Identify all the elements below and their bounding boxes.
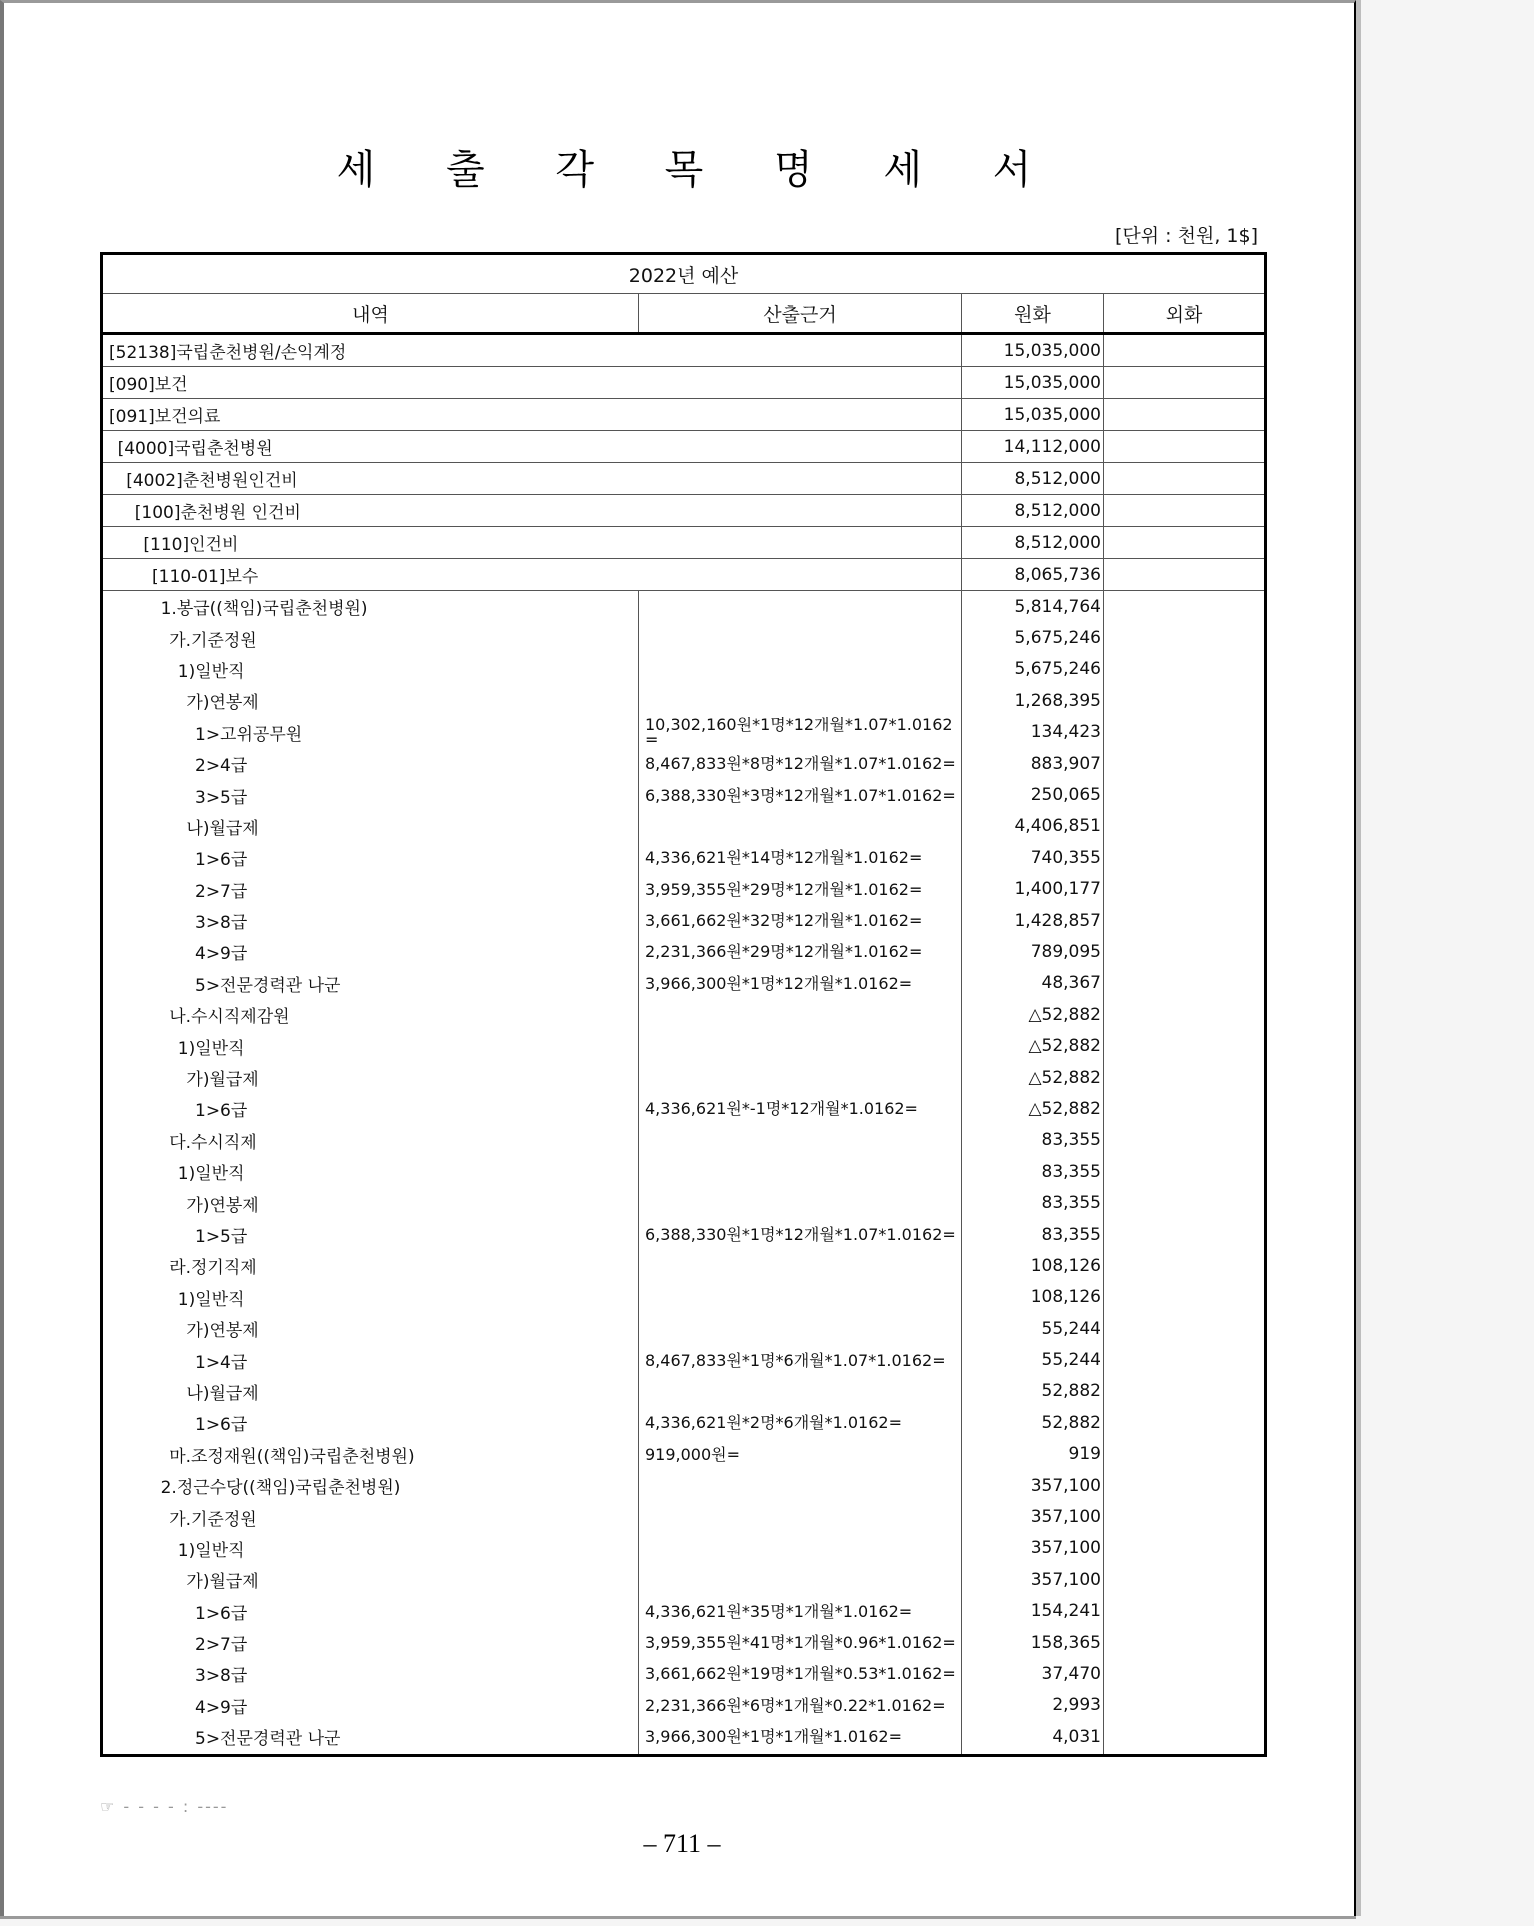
row-amount-krw: 15,035,000: [962, 399, 1104, 431]
row-amount-foreign: [1104, 685, 1266, 716]
detail-row: 4>9급2,231,366원*6명*1개월*0.22*1.0162=2,993: [102, 1690, 1266, 1721]
row-calculation-basis: 2,231,366원*6명*1개월*0.22*1.0162=: [639, 1690, 962, 1721]
detail-row: 4>9급2,231,366원*29명*12개월*1.0162=789,095: [102, 936, 1266, 967]
row-label: 1>6급: [102, 1093, 639, 1124]
row-amount-krw: 789,095: [962, 936, 1104, 967]
row-calculation-basis: 3,661,662원*32명*12개월*1.0162=: [639, 905, 962, 936]
title-char: 출: [443, 138, 487, 195]
detail-row: 가)월급제△52,882: [102, 1062, 1266, 1093]
row-amount-krw: △52,882: [962, 1062, 1104, 1093]
row-amount-foreign: [1104, 999, 1266, 1030]
row-amount-krw: 55,244: [962, 1344, 1104, 1375]
row-amount-krw: 158,365: [962, 1627, 1104, 1658]
row-label: 1>4급: [102, 1344, 639, 1375]
row-calculation-basis: [639, 1533, 962, 1564]
row-amount-foreign: [1104, 431, 1266, 463]
unit-label: [단위 : 천원, 1$]: [1115, 221, 1258, 248]
column-header-basis: 산출근거: [639, 294, 962, 334]
detail-row: 1>6급4,336,621원*14명*12개월*1.0162=740,355: [102, 842, 1266, 873]
document-title: 세출각목명세서: [334, 141, 1034, 191]
row-label: 1>6급: [102, 842, 639, 873]
row-amount-krw: 83,355: [962, 1125, 1104, 1156]
title-char: 각: [553, 138, 597, 195]
row-amount-foreign: [1104, 1093, 1266, 1124]
row-amount-krw: 37,470: [962, 1658, 1104, 1689]
detail-row: 1)일반직108,126: [102, 1282, 1266, 1313]
detail-row: 1)일반직△52,882: [102, 1030, 1266, 1061]
summary-row: [110]인건비8,512,000: [102, 527, 1266, 559]
row-amount-foreign: [1104, 1501, 1266, 1532]
detail-row: 1.봉급((책임)국립춘천병원)5,814,764: [102, 591, 1266, 623]
row-amount-krw: △52,882: [962, 1030, 1104, 1061]
row-amount-krw: 108,126: [962, 1250, 1104, 1281]
row-label: [100]춘천병원 인건비: [102, 495, 962, 527]
row-amount-foreign: [1104, 1533, 1266, 1564]
row-amount-foreign: [1104, 1030, 1266, 1061]
row-label: 1.봉급((책임)국립춘천병원): [102, 591, 639, 623]
row-label: 마.조정재원((책임)국립춘천병원): [102, 1439, 639, 1470]
row-amount-krw: 8,512,000: [962, 495, 1104, 527]
header-row-year: 2022년 예산: [102, 254, 1266, 294]
row-amount-foreign: [1104, 495, 1266, 527]
row-calculation-basis: [639, 1376, 962, 1407]
row-label: 3>8급: [102, 1658, 639, 1689]
row-calculation-basis: [639, 1470, 962, 1501]
summary-row: [4000]국립춘천병원14,112,000: [102, 431, 1266, 463]
row-calculation-basis: [639, 1282, 962, 1313]
row-label: 1)일반직: [102, 1282, 639, 1313]
detail-row: 나)월급제4,406,851: [102, 811, 1266, 842]
row-amount-krw: 5,675,246: [962, 654, 1104, 685]
row-amount-foreign: [1104, 1439, 1266, 1470]
row-amount-krw: 55,244: [962, 1313, 1104, 1344]
row-amount-foreign: [1104, 811, 1266, 842]
row-label: 가)월급제: [102, 1062, 639, 1093]
row-amount-foreign: [1104, 654, 1266, 685]
row-calculation-basis: 919,000원=: [639, 1439, 962, 1470]
detail-row: 2>7급3,959,355원*29명*12개월*1.0162=1,400,177: [102, 874, 1266, 905]
detail-row: 2>7급3,959,355원*41명*1개월*0.96*1.0162=158,3…: [102, 1627, 1266, 1658]
row-amount-foreign: [1104, 1564, 1266, 1595]
row-amount-foreign: [1104, 1344, 1266, 1375]
row-amount-foreign: [1104, 968, 1266, 999]
detail-row: 나)월급제52,882: [102, 1376, 1266, 1407]
row-amount-krw: 8,512,000: [962, 527, 1104, 559]
row-amount-foreign: [1104, 1187, 1266, 1218]
row-amount-krw: 5,814,764: [962, 591, 1104, 623]
row-amount-foreign: [1104, 334, 1266, 367]
row-calculation-basis: 3,959,355원*29명*12개월*1.0162=: [639, 874, 962, 905]
row-amount-foreign: [1104, 1658, 1266, 1689]
row-amount-foreign: [1104, 591, 1266, 623]
row-label: [4000]국립춘천병원: [102, 431, 962, 463]
row-amount-krw: 883,907: [962, 748, 1104, 779]
row-calculation-basis: [639, 654, 962, 685]
detail-row: 3>8급3,661,662원*19명*1개월*0.53*1.0162=37,47…: [102, 1658, 1266, 1689]
detail-row: 5>전문경력관 나군3,966,300원*1명*12개월*1.0162=48,3…: [102, 968, 1266, 999]
row-amount-foreign: [1104, 1376, 1266, 1407]
row-calculation-basis: [639, 622, 962, 653]
detail-row: 3>8급3,661,662원*32명*12개월*1.0162=1,428,857: [102, 905, 1266, 936]
detail-row: 2>4급8,467,833원*8명*12개월*1.07*1.0162=883,9…: [102, 748, 1266, 779]
detail-row: 1>4급8,467,833원*1명*6개월*1.07*1.0162=55,244: [102, 1344, 1266, 1375]
detail-row: 가)연봉제1,268,395: [102, 685, 1266, 716]
row-amount-krw: 83,355: [962, 1219, 1104, 1250]
row-amount-krw: 83,355: [962, 1187, 1104, 1218]
row-calculation-basis: [639, 1501, 962, 1532]
header-row-columns: 내역 산출근거 원화 외화: [102, 294, 1266, 334]
detail-row: 다.수시직제83,355: [102, 1125, 1266, 1156]
detail-row: 나.수시직제감원△52,882: [102, 999, 1266, 1030]
row-label: 4>9급: [102, 1690, 639, 1721]
row-amount-krw: 154,241: [962, 1596, 1104, 1627]
row-amount-foreign: [1104, 1125, 1266, 1156]
row-label: 5>전문경력관 나군: [102, 1721, 639, 1756]
row-amount-krw: 357,100: [962, 1533, 1104, 1564]
summary-row: [4002]춘천병원인건비8,512,000: [102, 463, 1266, 495]
summary-row: [091]보건의료15,035,000: [102, 399, 1266, 431]
row-label: 나)월급제: [102, 1376, 639, 1407]
row-calculation-basis: [639, 1125, 962, 1156]
detail-row: 가)월급제357,100: [102, 1564, 1266, 1595]
column-header-krw: 원화: [962, 294, 1104, 334]
row-calculation-basis: 4,336,621원*35명*1개월*1.0162=: [639, 1596, 962, 1627]
row-calculation-basis: [639, 1062, 962, 1093]
row-calculation-basis: [639, 1313, 962, 1344]
detail-row: 1)일반직5,675,246: [102, 654, 1266, 685]
row-amount-krw: 15,035,000: [962, 334, 1104, 367]
title-char: 세: [334, 138, 378, 195]
row-label: 가)연봉제: [102, 1313, 639, 1344]
row-amount-krw: △52,882: [962, 999, 1104, 1030]
detail-row: 가.기준정원5,675,246: [102, 622, 1266, 653]
row-amount-krw: 357,100: [962, 1470, 1104, 1501]
row-label: 나)월급제: [102, 811, 639, 842]
row-amount-foreign: [1104, 1219, 1266, 1250]
row-calculation-basis: 4,336,621원*14명*12개월*1.0162=: [639, 842, 962, 873]
column-header-foreign: 외화: [1104, 294, 1266, 334]
title-char: 서: [990, 138, 1034, 195]
row-label: 가.기준정원: [102, 622, 639, 653]
detail-row: 가.기준정원357,100: [102, 1501, 1266, 1532]
row-label: 5>전문경력관 나군: [102, 968, 639, 999]
row-label: 다.수시직제: [102, 1125, 639, 1156]
row-calculation-basis: 8,467,833원*1명*6개월*1.07*1.0162=: [639, 1344, 962, 1375]
row-amount-foreign: [1104, 779, 1266, 810]
row-amount-foreign: [1104, 1156, 1266, 1187]
row-amount-foreign: [1104, 842, 1266, 873]
row-amount-foreign: [1104, 1407, 1266, 1438]
row-amount-krw: 52,882: [962, 1376, 1104, 1407]
detail-row: 3>5급6,388,330원*3명*12개월*1.07*1.0162=250,0…: [102, 779, 1266, 810]
column-header-description: 내역: [102, 294, 639, 334]
row-amount-krw: 14,112,000: [962, 431, 1104, 463]
row-amount-krw: 357,100: [962, 1501, 1104, 1532]
row-label: [110]인건비: [102, 527, 962, 559]
row-amount-foreign: [1104, 1690, 1266, 1721]
row-label: 나.수시직제감원: [102, 999, 639, 1030]
detail-row: 라.정기직제108,126: [102, 1250, 1266, 1281]
row-amount-krw: 134,423: [962, 717, 1104, 748]
row-amount-foreign: [1104, 748, 1266, 779]
row-amount-krw: 1,400,177: [962, 874, 1104, 905]
row-calculation-basis: [639, 811, 962, 842]
row-calculation-basis: [639, 1250, 962, 1281]
row-amount-krw: △52,882: [962, 1093, 1104, 1124]
summary-row: [52138]국립춘천병원/손익계정15,035,000: [102, 334, 1266, 367]
row-calculation-basis: 2,231,366원*29명*12개월*1.0162=: [639, 936, 962, 967]
budget-table: 2022년 예산 내역 산출근거 원화 외화 [52138]국립춘천병원/손익계…: [100, 252, 1267, 1757]
summary-row: [110-01]보수8,065,736: [102, 559, 1266, 591]
row-calculation-basis: 3,661,662원*19명*1개월*0.53*1.0162=: [639, 1658, 962, 1689]
detail-row: 1>고위공무원10,302,160원*1명*12개월*1.07*1.0162 =…: [102, 717, 1266, 748]
row-label: [4002]춘천병원인건비: [102, 463, 962, 495]
row-amount-krw: 83,355: [962, 1156, 1104, 1187]
row-calculation-basis: 4,336,621원*2명*6개월*1.0162=: [639, 1407, 962, 1438]
row-label: 1>6급: [102, 1596, 639, 1627]
row-amount-krw: 108,126: [962, 1282, 1104, 1313]
row-calculation-basis: 3,966,300원*1명*1개월*1.0162=: [639, 1721, 962, 1756]
row-amount-krw: 8,512,000: [962, 463, 1104, 495]
row-amount-foreign: [1104, 1627, 1266, 1658]
row-amount-krw: 740,355: [962, 842, 1104, 873]
row-amount-krw: 15,035,000: [962, 367, 1104, 399]
row-calculation-basis: 6,388,330원*1명*12개월*1.07*1.0162=: [639, 1219, 962, 1250]
row-calculation-basis: [639, 1030, 962, 1061]
row-label: 1)일반직: [102, 1533, 639, 1564]
row-calculation-basis: [639, 999, 962, 1030]
row-amount-krw: 250,065: [962, 779, 1104, 810]
row-amount-foreign: [1104, 874, 1266, 905]
row-label: 가)연봉제: [102, 1187, 639, 1218]
row-amount-foreign: [1104, 1062, 1266, 1093]
row-amount-krw: 4,031: [962, 1721, 1104, 1756]
row-label: 3>8급: [102, 905, 639, 936]
row-calculation-basis: [639, 685, 962, 716]
row-amount-foreign: [1104, 399, 1266, 431]
detail-row: 1)일반직83,355: [102, 1156, 1266, 1187]
row-calculation-basis: [639, 591, 962, 623]
row-label: [52138]국립춘천병원/손익계정: [102, 334, 962, 367]
row-amount-foreign: [1104, 1721, 1266, 1756]
row-amount-krw: 5,675,246: [962, 622, 1104, 653]
row-calculation-basis: 10,302,160원*1명*12개월*1.07*1.0162 =: [639, 717, 962, 748]
row-amount-foreign: [1104, 622, 1266, 653]
row-amount-krw: 1,428,857: [962, 905, 1104, 936]
detail-row: 1)일반직357,100: [102, 1533, 1266, 1564]
row-amount-foreign: [1104, 1250, 1266, 1281]
row-label: 2>7급: [102, 874, 639, 905]
row-amount-krw: 48,367: [962, 968, 1104, 999]
row-amount-krw: 4,406,851: [962, 811, 1104, 842]
detail-row: 5>전문경력관 나군3,966,300원*1명*1개월*1.0162=4,031: [102, 1721, 1266, 1756]
row-label: 3>5급: [102, 779, 639, 810]
row-amount-foreign: [1104, 527, 1266, 559]
row-label: 가.기준정원: [102, 1501, 639, 1532]
row-calculation-basis: 6,388,330원*3명*12개월*1.07*1.0162=: [639, 779, 962, 810]
row-amount-krw: 357,100: [962, 1564, 1104, 1595]
row-label: 가)월급제: [102, 1564, 639, 1595]
title-char: 명: [771, 138, 815, 195]
row-label: 1>6급: [102, 1407, 639, 1438]
row-label: 2>7급: [102, 1627, 639, 1658]
detail-row: 2.정근수당((책임)국립춘천병원)357,100: [102, 1470, 1266, 1501]
row-label: 라.정기직제: [102, 1250, 639, 1281]
row-label: 1>고위공무원: [102, 717, 639, 748]
row-label: 1)일반직: [102, 1030, 639, 1061]
row-label: [091]보건의료: [102, 399, 962, 431]
row-label: [090]보건: [102, 367, 962, 399]
summary-row: [100]춘천병원 인건비8,512,000: [102, 495, 1266, 527]
row-calculation-basis: [639, 1156, 962, 1187]
title-char: 목: [662, 138, 706, 195]
row-amount-foreign: [1104, 717, 1266, 748]
row-amount-foreign: [1104, 463, 1266, 495]
row-calculation-basis: 4,336,621원*-1명*12개월*1.0162=: [639, 1093, 962, 1124]
row-calculation-basis: [639, 1187, 962, 1218]
row-amount-krw: 919: [962, 1439, 1104, 1470]
row-label: [110-01]보수: [102, 559, 962, 591]
row-calculation-basis: 3,959,355원*41명*1개월*0.96*1.0162=: [639, 1627, 962, 1658]
detail-row: 1>6급4,336,621원*35명*1개월*1.0162=154,241: [102, 1596, 1266, 1627]
title-char: 세: [881, 138, 925, 195]
row-calculation-basis: 8,467,833원*8명*12개월*1.07*1.0162=: [639, 748, 962, 779]
detail-row: 가)연봉제83,355: [102, 1187, 1266, 1218]
summary-row: [090]보건15,035,000: [102, 367, 1266, 399]
header-budget-year: 2022년 예산: [102, 254, 1266, 294]
row-label: 1)일반직: [102, 1156, 639, 1187]
page-number: – 711 –: [4, 1829, 1360, 1859]
row-amount-foreign: [1104, 1313, 1266, 1344]
row-amount-krw: 2,993: [962, 1690, 1104, 1721]
row-calculation-basis: 3,966,300원*1명*12개월*1.0162=: [639, 968, 962, 999]
detail-row: 1>6급4,336,621원*-1명*12개월*1.0162=△52,882: [102, 1093, 1266, 1124]
row-amount-foreign: [1104, 559, 1266, 591]
row-amount-foreign: [1104, 1470, 1266, 1501]
detail-row: 가)연봉제55,244: [102, 1313, 1266, 1344]
row-amount-foreign: [1104, 936, 1266, 967]
row-label: 2>4급: [102, 748, 639, 779]
row-calculation-basis: [639, 1564, 962, 1595]
document-page: 세출각목명세서 [단위 : 천원, 1$] 2022년 예산 내역 산출근거 원…: [0, 0, 1356, 1916]
row-label: 4>9급: [102, 936, 639, 967]
detail-row: 1>5급6,388,330원*1명*12개월*1.07*1.0162=83,35…: [102, 1219, 1266, 1250]
row-amount-foreign: [1104, 367, 1266, 399]
row-label: 가)연봉제: [102, 685, 639, 716]
row-amount-foreign: [1104, 1596, 1266, 1627]
row-amount-krw: 8,065,736: [962, 559, 1104, 591]
row-amount-krw: 52,882: [962, 1407, 1104, 1438]
row-label: 1>5급: [102, 1219, 639, 1250]
row-label: 2.정근수당((책임)국립춘천병원): [102, 1470, 639, 1501]
detail-row: 마.조정재원((책임)국립춘천병원)919,000원=919: [102, 1439, 1266, 1470]
row-amount-foreign: [1104, 905, 1266, 936]
row-amount-foreign: [1104, 1282, 1266, 1313]
detail-row: 1>6급4,336,621원*2명*6개월*1.0162=52,882: [102, 1407, 1266, 1438]
footnote: ☞ - - - - : ----: [100, 1797, 228, 1816]
row-label: 1)일반직: [102, 654, 639, 685]
row-amount-krw: 1,268,395: [962, 685, 1104, 716]
